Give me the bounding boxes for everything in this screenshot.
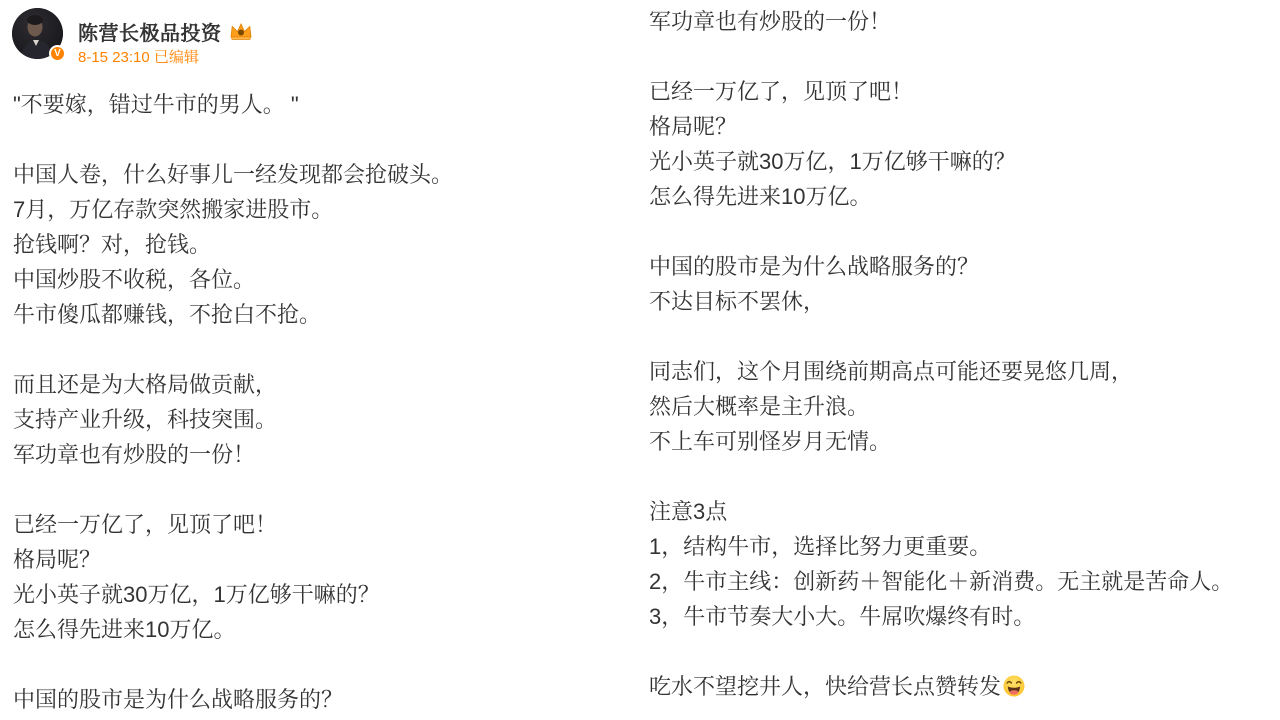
post-text-line: 格局呢？ [649, 109, 1280, 144]
post-text-line: 已经一万亿了，见顶了吧！ [13, 507, 645, 542]
timestamp-text: 8-15 23:10 [78, 49, 150, 66]
post-text-line [13, 472, 645, 507]
post-text-line: 中国人卷，什么好事儿一经发现都会抢破头。 [13, 157, 645, 192]
post-text-line [13, 122, 645, 157]
post-text-line: 而且还是为大格局做贡献， [13, 367, 645, 402]
post-text-line: 已经一万亿了，见顶了吧！ [649, 74, 1280, 109]
post-text-line: 不达目标不罢休， [649, 284, 1280, 319]
laughing-emoji-icon [1003, 672, 1025, 707]
post-text-line: 注意3点 [649, 494, 1280, 529]
post-text-column-left: "不要嫁，错过牛市的男人。 " 中国人卷，什么好事儿一经发现都会抢破头。 7月，… [13, 87, 645, 717]
post-text-line: 光小英子就30万亿，1万亿够干嘛的？ [13, 577, 645, 612]
post-text-line: 怎么得先进来10万亿。 [649, 179, 1280, 214]
verified-badge-icon: V [49, 45, 66, 62]
author-name[interactable]: 陈营长极品投资 [78, 17, 222, 46]
post-text-line: 中国的股市是为什么战略服务的？ [13, 682, 645, 717]
post-text-line: 中国炒股不收税，各位。 [13, 262, 645, 297]
post-text-line: 怎么得先进来10万亿。 [13, 612, 645, 647]
edited-label: 已编辑 [154, 49, 199, 66]
post-text-line: 中国的股市是为什么战略服务的？ [649, 249, 1280, 284]
post-text-line: 然后大概率是主升浪。 [649, 389, 1280, 424]
post-text-line [649, 634, 1280, 669]
post-timestamp: 8-15 23:10 已编辑 [78, 46, 199, 67]
post-text-line [13, 647, 645, 682]
vip-crown-icon [229, 21, 253, 41]
post-text-line: 格局呢？ [13, 542, 645, 577]
post-text-line: 支持产业升级，科技突围。 [13, 402, 645, 437]
post-text-line-with-emoji: 吃水不望挖井人，快给营长点赞转发 [649, 669, 1280, 704]
post-text-line: 光小英子就30万亿，1万亿够干嘛的？ [649, 144, 1280, 179]
post-text-line [649, 214, 1280, 249]
post-text-line [649, 39, 1280, 74]
post-text-line [13, 332, 645, 367]
post-text-line: 抢钱啊？对，抢钱。 [13, 227, 645, 262]
post-text-line: 牛市傻瓜都赚钱，不抢白不抢。 [13, 297, 645, 332]
post-text-line: 3，牛市节奏大小大。牛屌吹爆终有时。 [649, 599, 1280, 634]
post-text-line: 军功章也有炒股的一份！ [649, 4, 1280, 39]
post-text-column-right: 军功章也有炒股的一份！ 已经一万亿了，见顶了吧！ 格局呢？ 光小英子就30万亿，… [649, 4, 1280, 704]
post-text-line: 2，牛市主线：创新药＋智能化＋新消费。无主就是苦命人。 [649, 564, 1280, 599]
post-text-line: 不上车可别怪岁月无情。 [649, 424, 1280, 459]
post-text-line [649, 459, 1280, 494]
post-text-line: "不要嫁，错过牛市的男人。 " [13, 87, 645, 122]
post-text-line: 吃水不望挖井人，快给营长点赞转发 [649, 674, 1001, 699]
post-header: V 陈营长极品投资 8-15 23:10 已编辑 [12, 8, 632, 68]
post-text-line: 7月，万亿存款突然搬家进股市。 [13, 192, 645, 227]
post-text-line: 同志们，这个月围绕前期高点可能还要晃悠几周， [649, 354, 1280, 389]
post-text-line [649, 319, 1280, 354]
post-text-line: 军功章也有炒股的一份！ [13, 437, 645, 472]
post-text-line: 1，结构牛市，选择比努力更重要。 [649, 529, 1280, 564]
avatar[interactable]: V [12, 8, 63, 59]
